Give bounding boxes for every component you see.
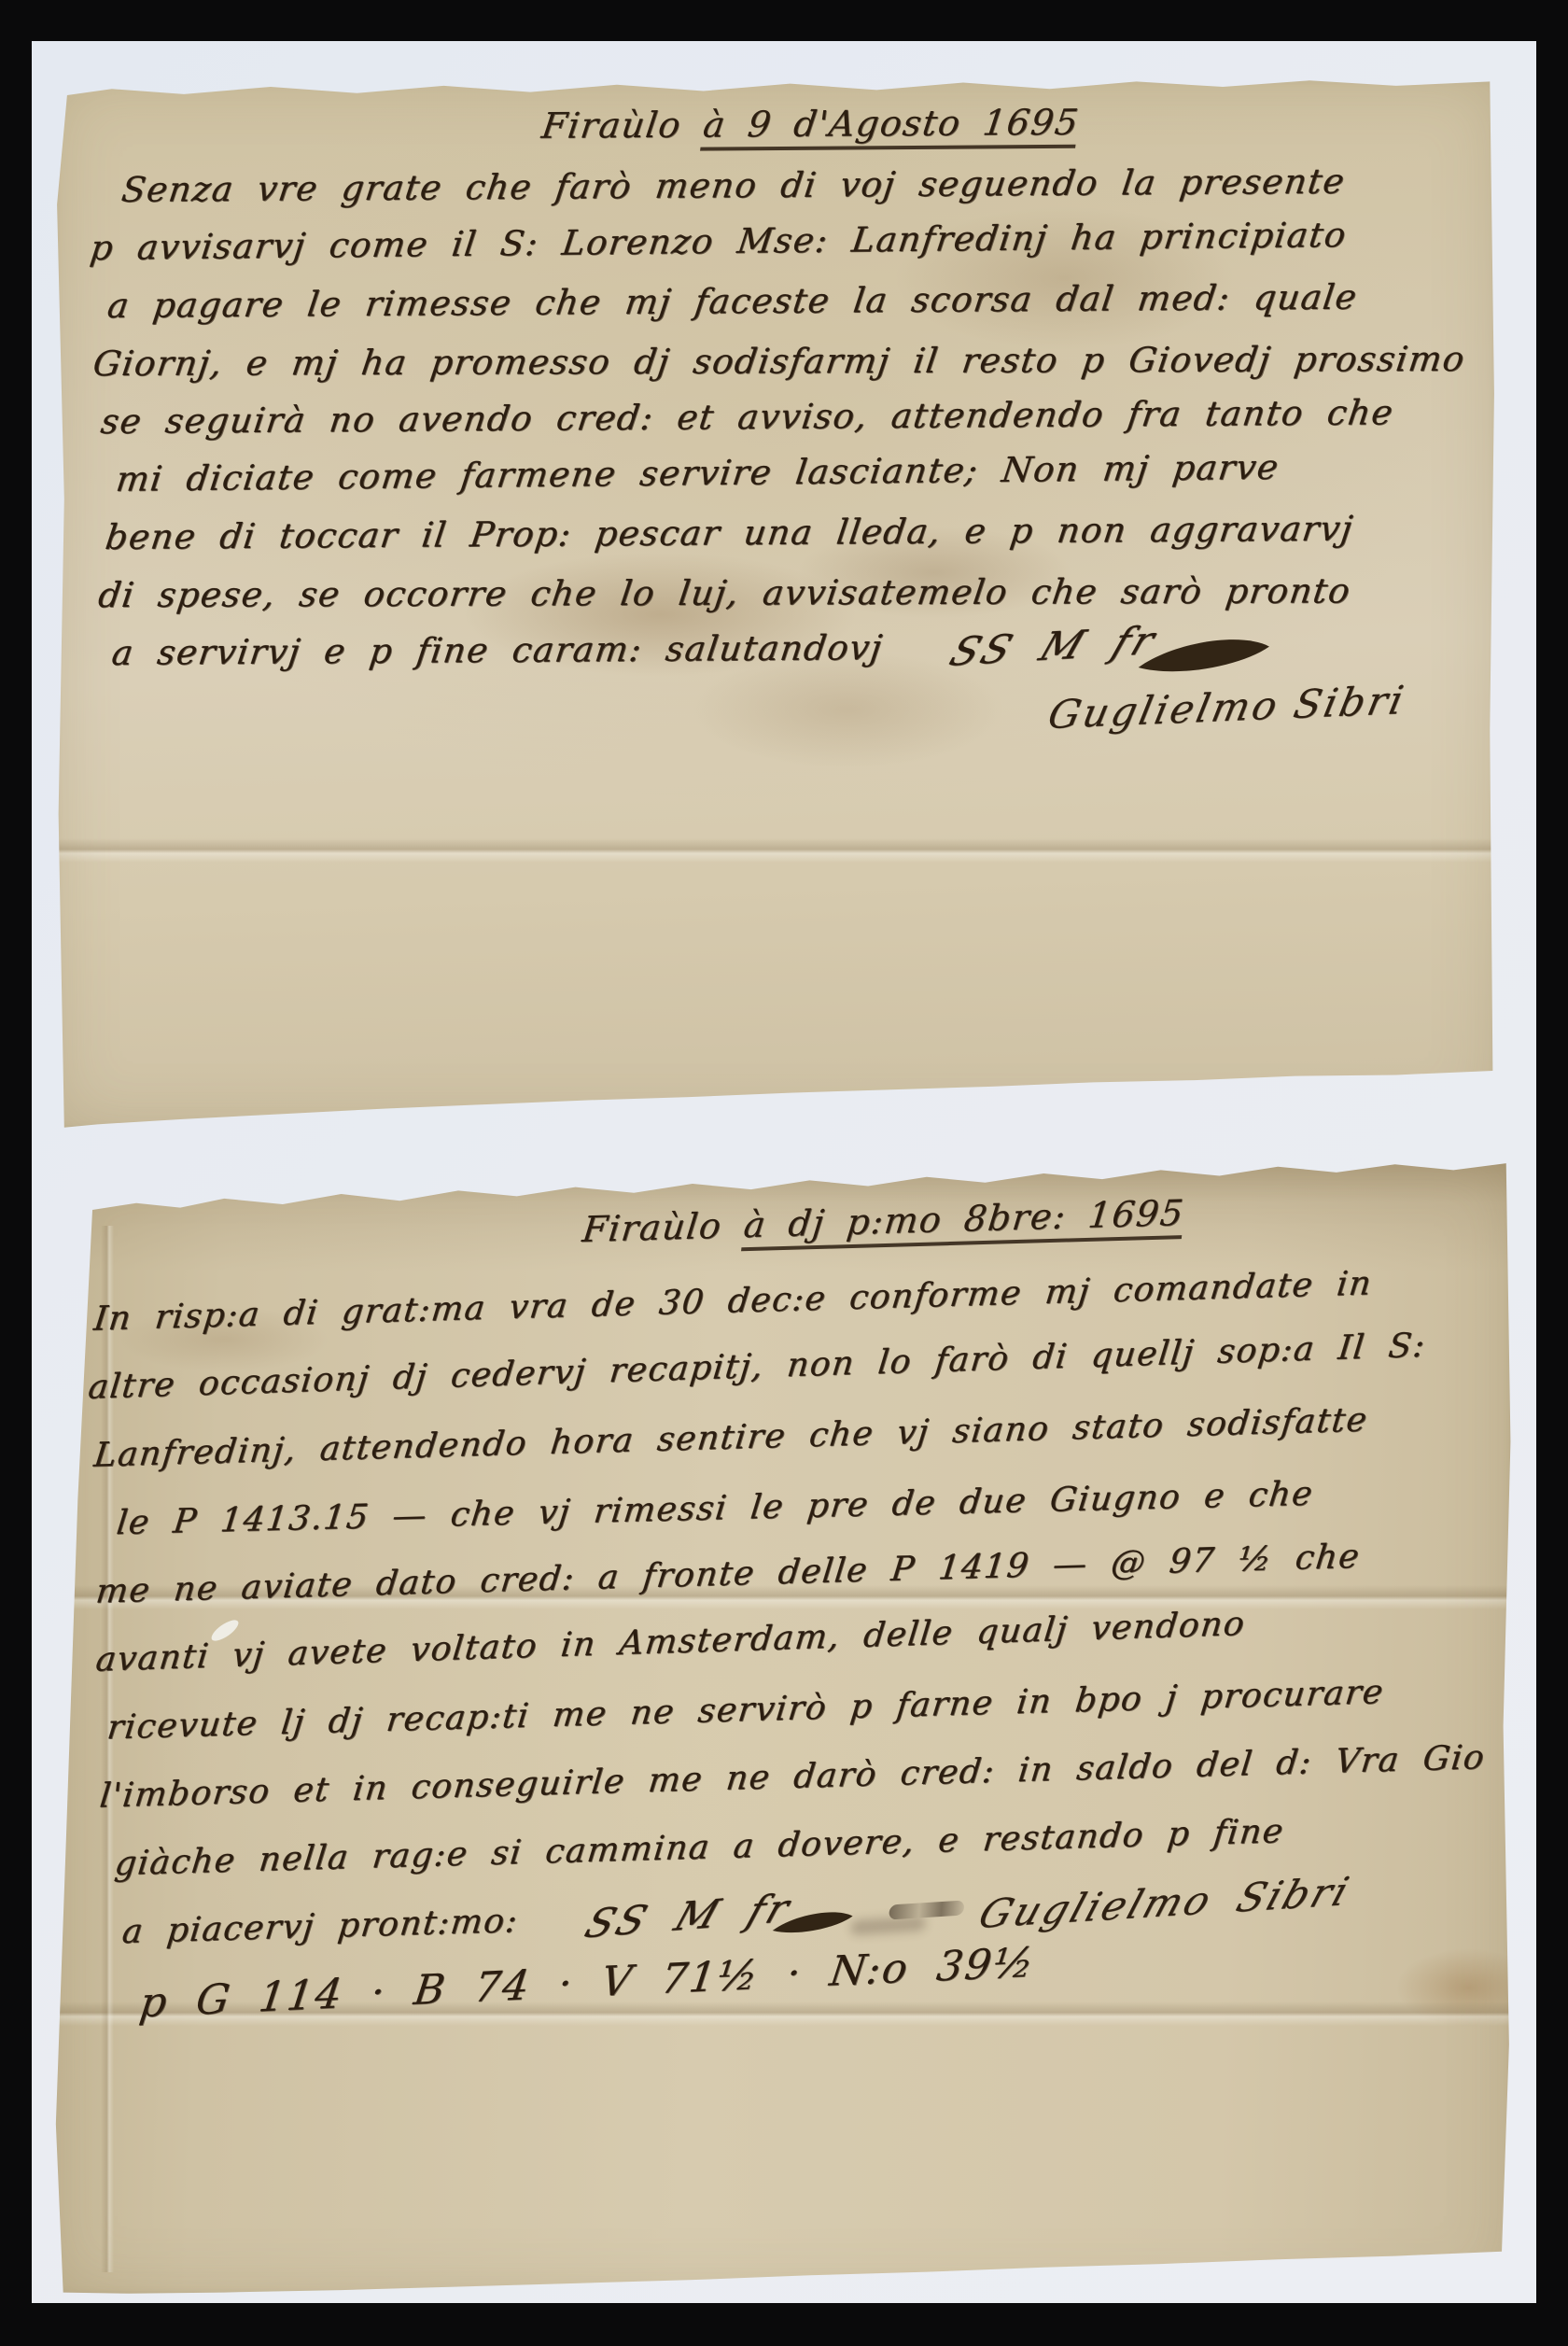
closing-text: a piacervj pront:mo: xyxy=(100,1887,522,1967)
signature: Guglielmo Sibri xyxy=(78,669,1484,783)
letter-october-1695: Firaùlo à dj p:mo 8bre: 1695 In risp:a d… xyxy=(49,1158,1512,2295)
letter-heading: Firaùlo à 9 d'Agosto 1695 xyxy=(538,87,1473,159)
photo-background: Firaùlo à 9 d'Agosto 1695 Senza vre grat… xyxy=(0,0,1568,2346)
heading-date: à 9 d'Agosto 1695 xyxy=(700,102,1082,151)
letter-august-1695: Firaùlo à 9 d'Agosto 1695 Senza vre grat… xyxy=(54,78,1497,1130)
manuscript-line: a pagare le rimesse che mj faceste la sc… xyxy=(87,268,1477,335)
fold-crease xyxy=(54,838,1497,863)
ink-smudge xyxy=(889,1900,965,1919)
manuscript-line: bene di toccar il Prop: pescar una lleda… xyxy=(89,499,1479,567)
manuscript-line: Giornj, e mj ha promesso dj sodisfarmj i… xyxy=(88,330,1478,393)
heading-place: Firaùlo xyxy=(581,1205,724,1250)
manuscript-line: di spese, se occorre che lo luj, avvisat… xyxy=(89,562,1479,625)
letter-august-1695-text: Firaùlo à 9 d'Agosto 1695 Senza vre grat… xyxy=(86,87,1474,759)
manuscript-closing-line: a servirvj e p fine caram: salutandovj S… xyxy=(90,615,1480,682)
heading-place: Firaùlo xyxy=(539,105,684,147)
photo-root: { "photo": { "description": "Two handwri… xyxy=(0,0,1568,2346)
closing-paraph: SS M fr xyxy=(556,1874,803,1960)
heading-date: à dj p:mo 8bre: 1695 xyxy=(741,1192,1186,1251)
closing-paraph: SS M fr xyxy=(922,611,1167,682)
letter-october-1695-text: Firaùlo à dj p:mo 8bre: 1695 In risp:a d… xyxy=(78,1157,1499,2016)
closing-text: a servirvj e p fine caram: salutandovj xyxy=(90,619,887,682)
